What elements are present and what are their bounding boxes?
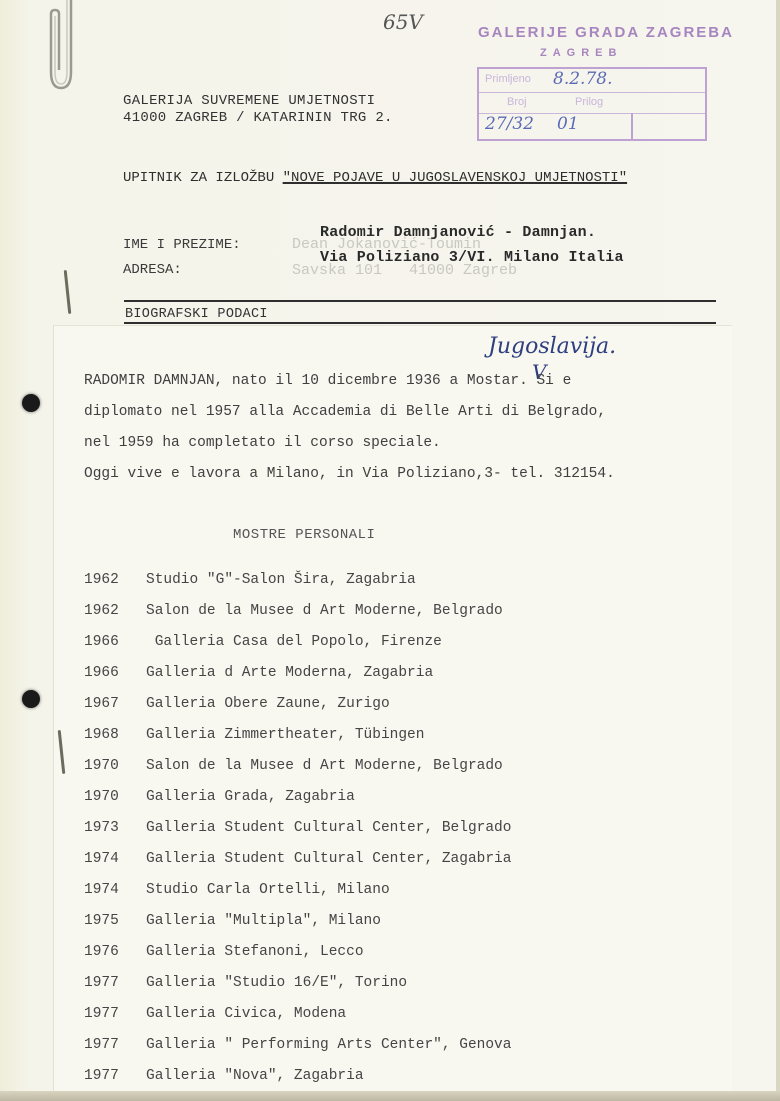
exhibition-year: 1974 xyxy=(84,882,146,898)
name-value: Radomir Damnjanović - Damnjan. xyxy=(320,224,596,241)
exhibition-year: 1970 xyxy=(84,758,146,774)
letterhead-line-2: 41000 ZAGREB / KATARININ TRG 2. xyxy=(123,109,393,127)
exhibition-row: 1977Galleria "Studio 16/E", Torino xyxy=(84,975,407,995)
exhibition-venue: Salon de la Musee d Art Moderne, Belgrad… xyxy=(146,758,503,774)
stamp-city: ZAGREB xyxy=(540,47,622,59)
stamp-attachment-value: 01 xyxy=(557,114,579,134)
exhibition-year: 1962 xyxy=(84,603,146,619)
exhibition-venue: Galleria Stefanoni, Lecco xyxy=(146,944,364,960)
punch-hole xyxy=(22,690,40,708)
exhibition-venue: Studio "G"-Salon Šira, Zagabria xyxy=(146,572,416,588)
exhibition-row: 1970Salon de la Musee d Art Moderne, Bel… xyxy=(84,758,503,778)
divider-top xyxy=(124,300,716,302)
stamp-number-value: 27/32 xyxy=(485,114,534,134)
exhibition-row: 1967Galleria Obere Zaune, Zurigo xyxy=(84,696,390,716)
exhibition-year: 1966 xyxy=(84,665,146,681)
exhibition-row: 1974Studio Carla Ortelli, Milano xyxy=(84,882,390,902)
exhibition-year: 1962 xyxy=(84,572,146,588)
exhibition-row: 1974Galleria Student Cultural Center, Za… xyxy=(84,851,511,871)
exhibition-venue: Galleria "Nova", Zagabria xyxy=(146,1068,364,1084)
exhibition-year: 1977 xyxy=(84,975,146,991)
exhibition-row: 1966 Galleria Casa del Popolo, Firenze xyxy=(84,634,442,654)
bio-line: Oggi vive e lavora a Milano, in Via Poli… xyxy=(84,464,615,484)
stamp-number-label: Broj xyxy=(507,96,527,108)
exhibition-venue: Galleria Grada, Zagabria xyxy=(146,789,355,805)
exhibition-title: "NOVE POJAVE U JUGOSLAVENSKOJ UMJETNOSTI… xyxy=(283,170,627,186)
sheet-bottom-edge xyxy=(0,1091,780,1101)
exhibition-venue: Galleria d Arte Moderna, Zagabria xyxy=(146,665,433,681)
letterhead-line-1: GALERIJA SUVREMENE UMJETNOSTI xyxy=(123,92,375,110)
stamp-received-label: Primljeno xyxy=(485,73,531,85)
exhibition-year: 1976 xyxy=(84,944,146,960)
stamp-institution: GALERIJE GRADA ZAGREBA xyxy=(478,24,734,41)
exhibition-row: 1962Salon de la Musee d Art Moderne, Bel… xyxy=(84,603,503,623)
divider-bottom xyxy=(124,322,716,324)
exhibitions-heading: MOSTRE PERSONALI xyxy=(233,527,375,543)
exhibition-venue: Galleria Obere Zaune, Zurigo xyxy=(146,696,390,712)
bio-line: RADOMIR DAMNJAN, nato il 10 dicembre 193… xyxy=(84,371,571,391)
stamp-received-date: 8.2.78. xyxy=(553,69,612,89)
exhibition-row: 1976Galleria Stefanoni, Lecco xyxy=(84,944,364,964)
address-label: ADRESA: xyxy=(123,262,182,278)
exhibition-venue: Galleria Casa del Popolo, Firenze xyxy=(146,634,442,650)
exhibition-venue: Salon de la Musee d Art Moderne, Belgrad… xyxy=(146,603,503,619)
exhibition-venue: Galleria "Multipla", Milano xyxy=(146,913,381,929)
bio-line: diplomato nel 1957 alla Accademia di Bel… xyxy=(84,402,606,422)
exhibition-row: 1977Galleria Civica, Modena xyxy=(84,1006,346,1026)
name-label: IME I PREZIME: xyxy=(123,237,241,253)
handwritten-annotation: Jugoslavija. xyxy=(488,334,616,359)
exhibition-venue: Galleria Zimmertheater, Tübingen xyxy=(146,727,424,743)
exhibition-year: 1977 xyxy=(84,1006,146,1022)
exhibition-venue: Galleria Civica, Modena xyxy=(146,1006,346,1022)
exhibition-row: 1975Galleria "Multipla", Milano xyxy=(84,913,381,933)
exhibition-row: 1970Galleria Grada, Zagabria xyxy=(84,789,355,809)
exhibition-year: 1968 xyxy=(84,727,146,743)
exhibition-row: 1977Galleria " Performing Arts Center", … xyxy=(84,1037,511,1057)
exhibition-venue: Galleria Student Cultural Center, Belgra… xyxy=(146,820,511,836)
receipt-stamp-box: Primljeno 8.2.78. Broj Prilog 27/32 01 xyxy=(477,67,707,141)
questionnaire-prefix: UPITNIK ZA IZLOŽBU xyxy=(123,170,283,186)
exhibition-row: 1977Galleria "Nova", Zagabria xyxy=(84,1068,364,1088)
handwritten-reference: 65V xyxy=(383,10,423,34)
exhibition-year: 1966 xyxy=(84,634,146,650)
punch-hole xyxy=(22,394,40,412)
address-value: Via Poliziano 3/VI. Milano Italia xyxy=(320,249,624,266)
exhibition-year: 1974 xyxy=(84,851,146,867)
exhibition-row: 1968Galleria Zimmertheater, Tübingen xyxy=(84,727,424,747)
exhibition-venue: Galleria " Performing Arts Center", Geno… xyxy=(146,1037,511,1053)
exhibition-year: 1967 xyxy=(84,696,146,712)
exhibition-year: 1975 xyxy=(84,913,146,929)
bio-line: nel 1959 ha completato il corso speciale… xyxy=(84,433,441,453)
exhibition-row: 1966Galleria d Arte Moderna, Zagabria xyxy=(84,665,433,685)
sheet-edge xyxy=(776,0,780,1101)
stamp-attachment-label: Prilog xyxy=(575,96,603,108)
exhibition-year: 1977 xyxy=(84,1037,146,1053)
exhibition-venue: Galleria Student Cultural Center, Zagabr… xyxy=(146,851,511,867)
exhibition-venue: Studio Carla Ortelli, Milano xyxy=(146,882,390,898)
exhibition-year: 1977 xyxy=(84,1068,146,1084)
exhibition-venue: Galleria "Studio 16/E", Torino xyxy=(146,975,407,991)
questionnaire-title: UPITNIK ZA IZLOŽBU "NOVE POJAVE U JUGOSL… xyxy=(123,170,627,186)
exhibition-year: 1973 xyxy=(84,820,146,836)
paperclip-icon xyxy=(45,0,79,92)
exhibition-year: 1970 xyxy=(84,789,146,805)
exhibition-row: 1973Galleria Student Cultural Center, Be… xyxy=(84,820,511,840)
exhibition-row: 1962Studio "G"-Salon Šira, Zagabria xyxy=(84,572,416,592)
